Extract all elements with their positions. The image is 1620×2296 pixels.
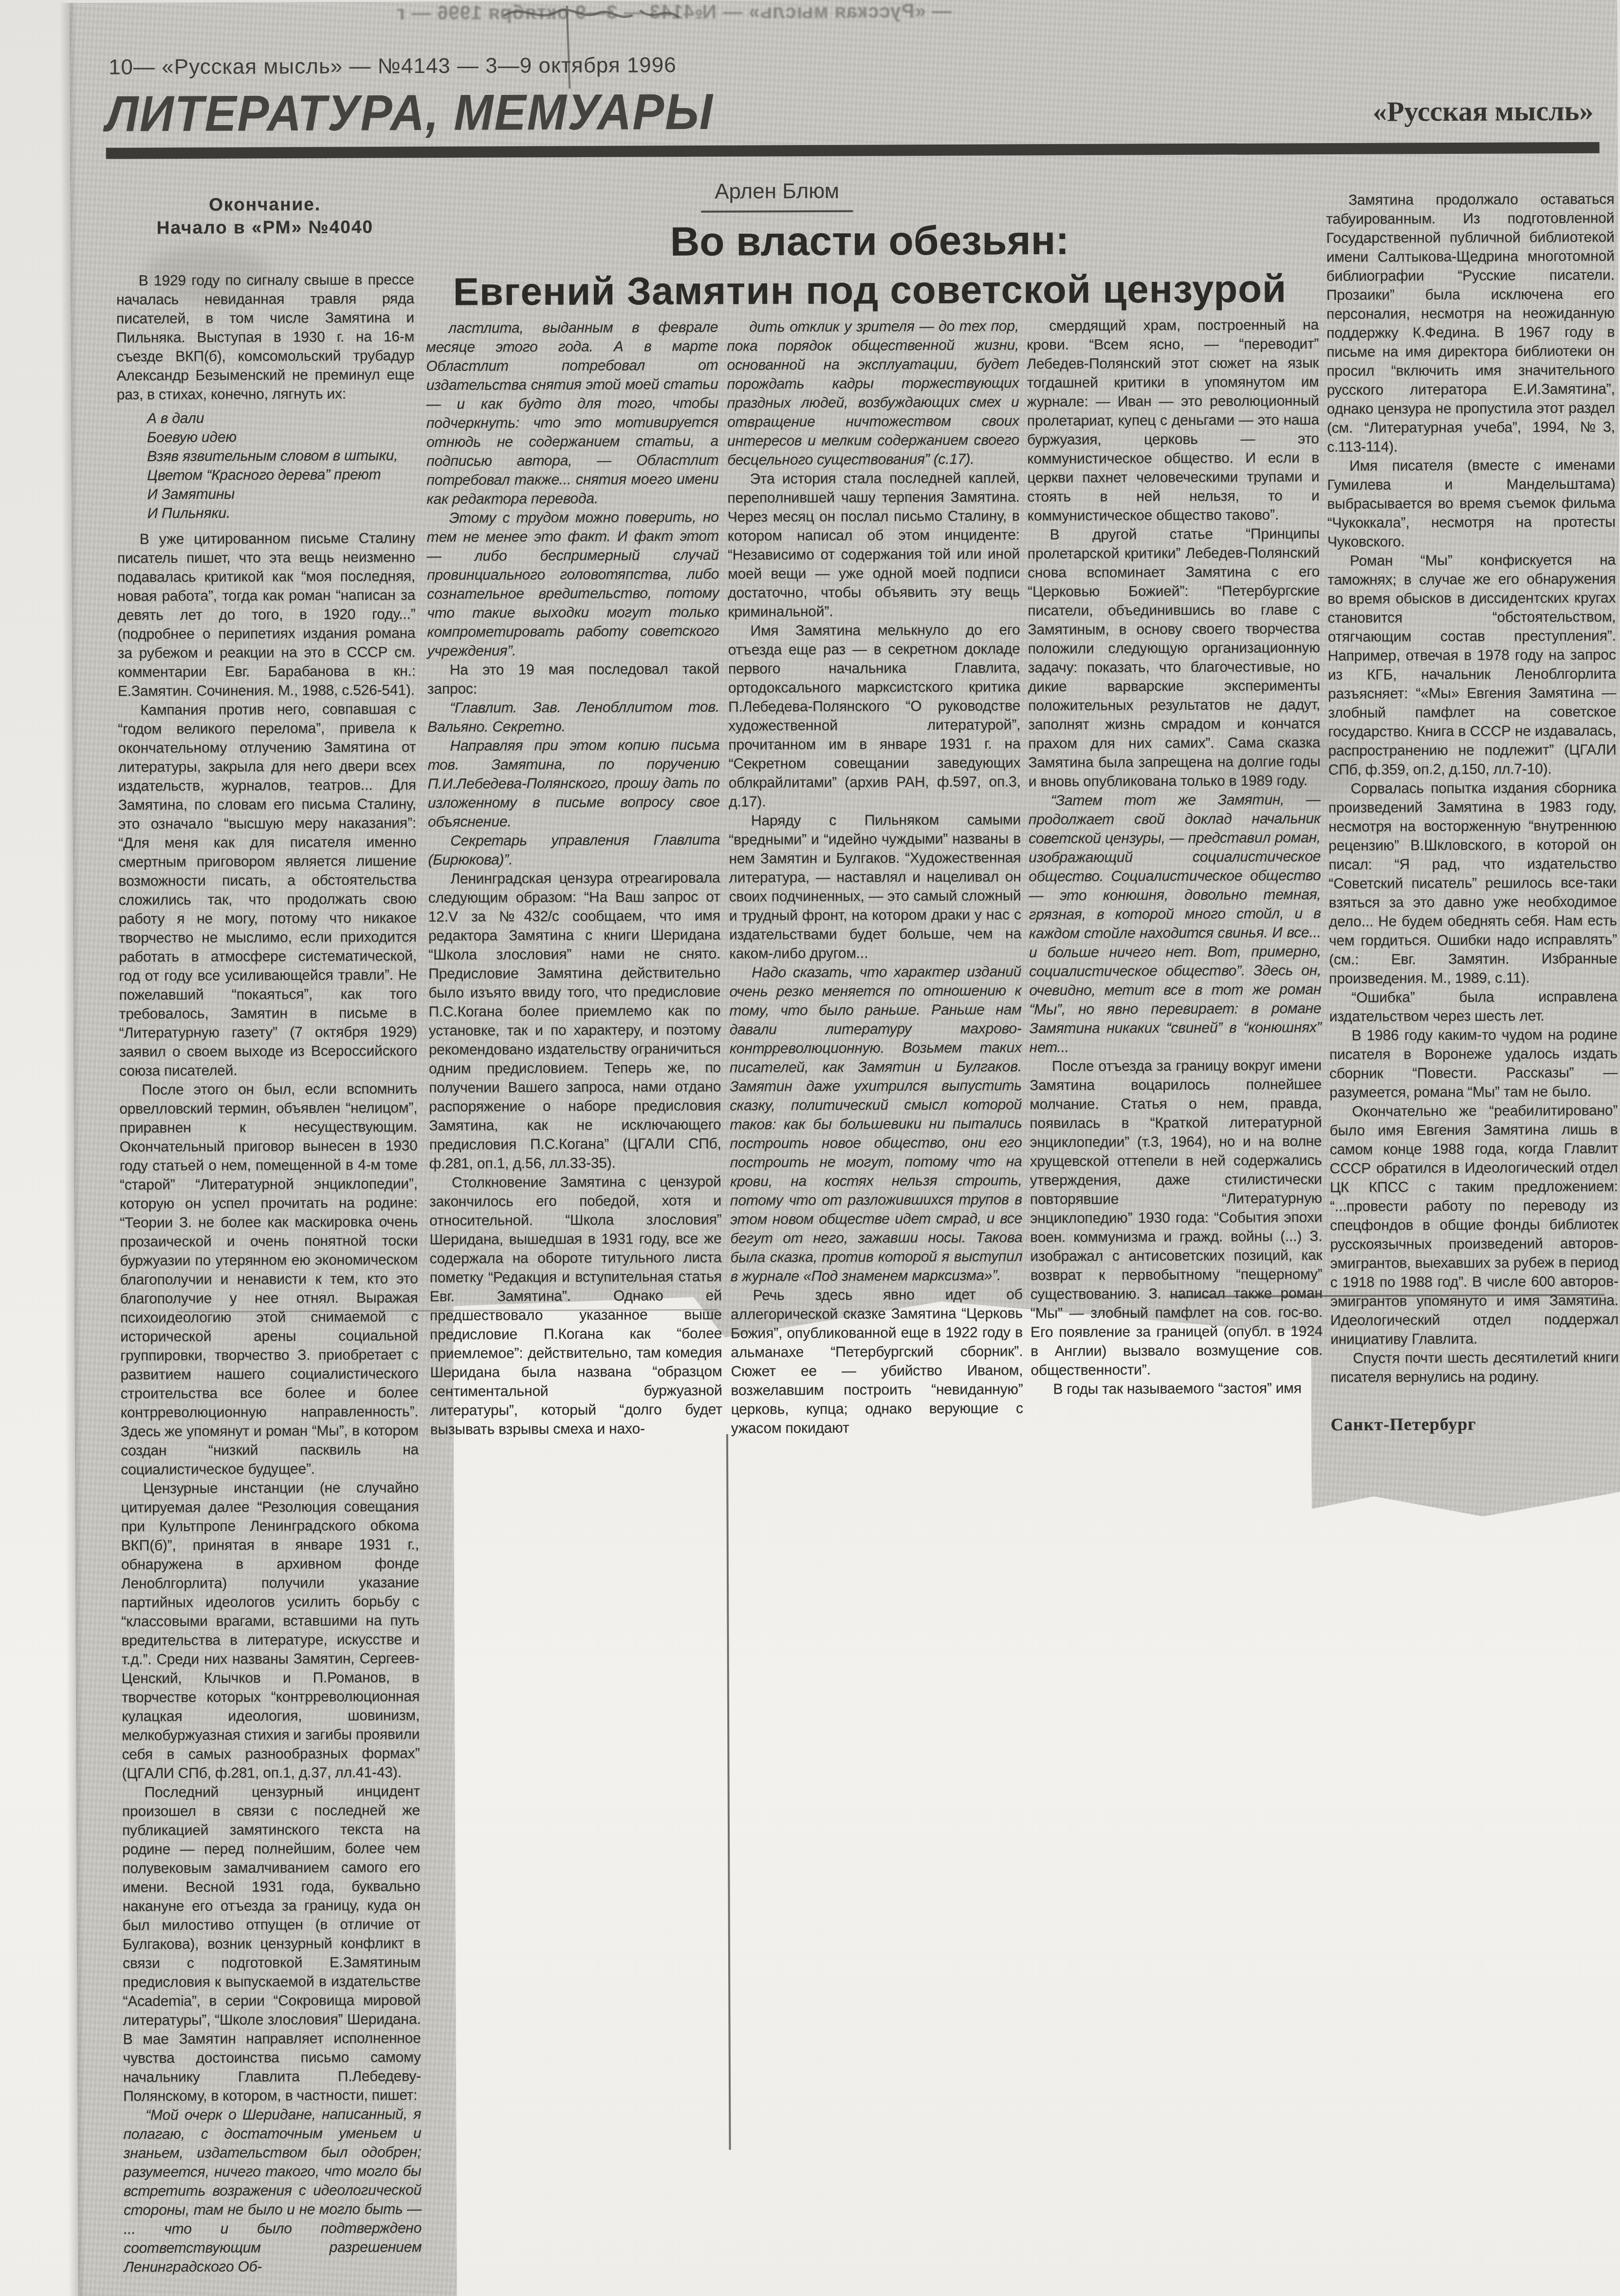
paragraph: Речь здесь явно идет об аллегорической с… (731, 1285, 1023, 1438)
paragraph: А в дали Боевую идею Взяв язвительным сл… (117, 408, 415, 523)
headline-line2: Евгений Замятин под советской цензурой (427, 264, 1313, 317)
paragraph: “Мой очерк о Шеридане, написанный, я пол… (123, 2105, 422, 2277)
column-1-text: В 1929 году по сигналу свыше в прессе на… (116, 270, 422, 2277)
paragraph: “Главлит. Зав. Ленобллитом тов. Вальяно.… (427, 698, 719, 737)
column-rule-line (726, 1434, 731, 2150)
paragraph: Спустя почти шесть десятилетий книги пис… (1330, 1348, 1619, 1387)
paragraph: Сорвалась попытка издания сборника произ… (1328, 778, 1618, 988)
paragraph: смердящий храм, построенный на крови. “В… (1027, 315, 1320, 525)
column-4: смердящий храм, построенный на крови. “В… (1027, 315, 1323, 1399)
paragraph: Этому с трудом можно поверить, но тем не… (427, 508, 719, 661)
paragraph: В 1929 году по сигналу свыше в прессе на… (116, 270, 415, 404)
paragraph: Столкновение Замятина с цензурой закончи… (429, 1172, 722, 1439)
article-headline: Во власти обезьян: Евгений Замятин под с… (426, 214, 1313, 317)
continuation-note-line1: Окончание. (116, 192, 414, 216)
paragraph: После этого он был, если вспомнить орвел… (119, 1079, 419, 1479)
newsprint-sheet: — «Русская мысль» — №4143 — 3—9 октября … (0, 0, 1620, 2296)
article-byline: Арлен Блюм (701, 179, 853, 213)
paragraph: Имя Замятина мелькнуло до его отъезда ещ… (728, 620, 1020, 811)
column-5: Замятина продолжало оставаться табуирова… (1326, 190, 1619, 1434)
headline-line1: Во власти обезьян: (426, 214, 1312, 267)
paragraph: Надо сказать, что характер изданий очень… (729, 962, 1023, 1286)
paragraph: Эта история стала последней каплей, пере… (727, 468, 1020, 621)
paragraph: Направляя при этом копию письма тов. Зам… (427, 736, 720, 832)
paragraph: После отъезда за границу вокруг имени За… (1030, 1056, 1323, 1380)
column-5-text: Замятина продолжало оставаться табуирова… (1326, 190, 1619, 1387)
paragraph: Роман “Мы” конфискуется на таможнях; в с… (1327, 551, 1617, 779)
paragraph: В уже цитированном письме Сталину писате… (117, 529, 416, 701)
paragraph: Окончательно же “реабилитировано” было и… (1329, 1101, 1619, 1349)
paragraph: ластлита, выданным в феврале месяце этог… (426, 318, 718, 509)
article-signoff: Санкт-Петербург (1331, 1414, 1619, 1434)
paragraph: Секретарь управления Главлита (Бирюкова)… (428, 831, 720, 870)
paragraph: На это 19 мая последовал такой запрос: (427, 660, 719, 699)
paragraph: Кампания против него, совпавшая с “годом… (118, 700, 417, 1080)
column-3-text: дить отклик у зрителя — до тех пор, пока… (727, 316, 1023, 1438)
newspaper-scan-page: — «Русская мысль» — №4143 — 3—9 октября … (0, 0, 1620, 2296)
section-title: ЛИТЕРАТУРА, МЕМУАРЫ (106, 83, 714, 144)
continuation-note: Окончание. Начало в «РМ» №4040 (116, 192, 414, 239)
paragraph: Последний цензурный инцидент произошел в… (122, 1782, 422, 2106)
column-4-text: смердящий храм, построенный на крови. “В… (1027, 315, 1323, 1399)
column-2-text: ластлита, выданным в феврале месяце этог… (426, 318, 722, 1439)
byline-wrap: Арлен Блюм (572, 179, 981, 213)
paragraph: дить отклик у зрителя — до тех пор, пока… (727, 316, 1019, 469)
paragraph: “Ошибка” была исправлена издательством ч… (1329, 987, 1617, 1026)
paragraph: В 1986 году каким-то чудом на родине пис… (1329, 1025, 1618, 1102)
paragraph: В годы так называемого “застоя” имя (1031, 1379, 1323, 1399)
paragraph: Ленинградская цензура отреагировала след… (428, 869, 721, 1173)
paragraph: В другой статье “Принципы пролетарской к… (1028, 524, 1321, 791)
column-1: Окончание. Начало в «РМ» №4040 В 1929 го… (116, 192, 422, 2277)
masthead-line: 10— «Русская мысль» — №4143 — 3—9 октябр… (109, 53, 677, 79)
newspaper-brand: «Русская мысль» (1373, 94, 1594, 128)
column-2: ластлита, выданным в феврале месяце этог… (426, 318, 722, 1439)
paragraph: “Затем тот же Замятин, — продолжает свой… (1029, 790, 1322, 1057)
paragraph: Наряду с Пильняком самыми “вредными” и “… (729, 810, 1021, 963)
paragraph: Цензурные инстанции (не случайно цитируе… (121, 1478, 420, 1783)
continuation-note-line2: Начало в «РМ» №4040 (116, 215, 414, 239)
column-3: дить отклик у зрителя — до тех пор, пока… (727, 316, 1023, 1438)
paragraph: Имя писателя (вместе с именами Гумилева … (1327, 456, 1616, 552)
paragraph: Замятина продолжало оставаться табуирова… (1326, 190, 1615, 457)
